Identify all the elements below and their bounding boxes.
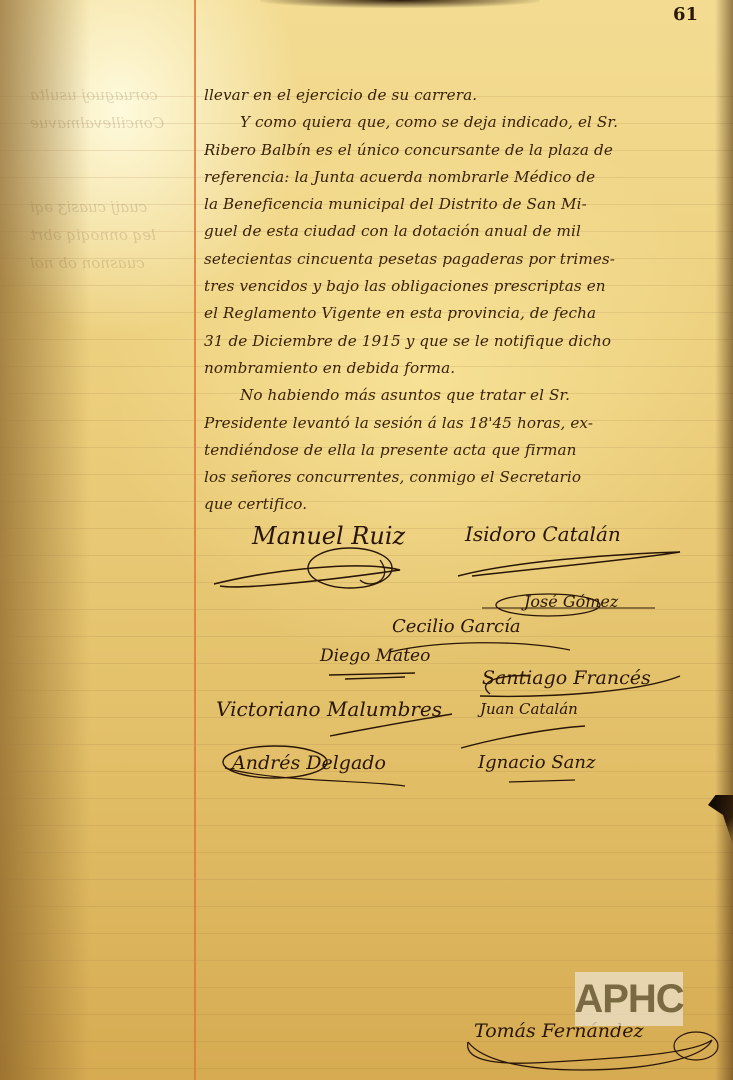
text-line: referencia: la Junta acuerda nombrarle M…: [204, 164, 719, 191]
text-line: los señores concurrentes, conmigo el Sec…: [204, 464, 719, 491]
text-line: Presidente levantó la sesión á las 18'45…: [204, 410, 719, 437]
text-line: setecientas cincuenta pesetas pagaderas …: [204, 246, 719, 273]
bleed-through-text: cuaij cuasiʒ əqi: [30, 198, 147, 216]
signature-juan-catalan: Juan Catalán: [480, 700, 578, 718]
bleed-through-text: leq onnoqiq əbrt: [30, 226, 156, 244]
ledger-page: coruaguoj usulta Concillevalmavue cuaij …: [0, 0, 733, 1080]
text-line: tendiéndose de ella la presente acta que…: [204, 437, 719, 464]
bleed-through-text: Concillevalmavue: [30, 114, 164, 132]
signature-presidente: Manuel Ruiz: [252, 522, 405, 550]
signature-second: Isidoro Catalán: [465, 522, 621, 546]
text-line: que certifico.: [204, 491, 719, 518]
text-line: tres vencidos y bajo las obligaciones pr…: [204, 273, 719, 300]
signature-ignacio-sanz: Ignacio Sanz: [478, 752, 596, 773]
signature-jose-gomez: José Gómez: [524, 592, 618, 611]
aphc-watermark: APHC: [575, 972, 683, 1026]
signature-cecilio-garcia: Cecilio García: [392, 616, 521, 637]
margin-rule: [194, 0, 196, 1080]
text-line: la Beneficencia municipal del Distrito d…: [204, 191, 719, 218]
text-line: llevar en el ejercicio de su carrera.: [204, 82, 719, 109]
page-number: 61: [673, 4, 698, 25]
text-line: 31 de Diciembre de 1915 y que se le noti…: [204, 328, 719, 355]
text-line: guel de esta ciudad con la dotación anua…: [204, 218, 719, 245]
bleed-through-text: coruaguoj usulta: [30, 86, 158, 104]
signature-andres-delgado: Andrés Delgado: [232, 752, 386, 774]
text-line: Ribero Balbín es el único concursante de…: [204, 137, 719, 164]
text-line: el Reglamento Vigente en esta provincia,…: [204, 300, 719, 327]
signature-diego-mateo: Diego Mateo: [320, 646, 430, 666]
minutes-body: llevar en el ejercicio de su carrera. Y …: [204, 82, 719, 519]
signature-santiago-frances: Santiago Francés: [482, 667, 651, 689]
text-line: No habiendo más asuntos que tratar el Sr…: [204, 382, 719, 409]
signature-victoriano-malumbres: Victoriano Malumbres: [216, 697, 442, 721]
text-line: nombramiento en debida forma.: [204, 355, 719, 382]
bleed-through-text: cuasnon ob nol: [30, 254, 145, 272]
text-line: Y como quiera que, como se deja indicado…: [204, 109, 719, 136]
binding-shadow: [260, 0, 540, 8]
